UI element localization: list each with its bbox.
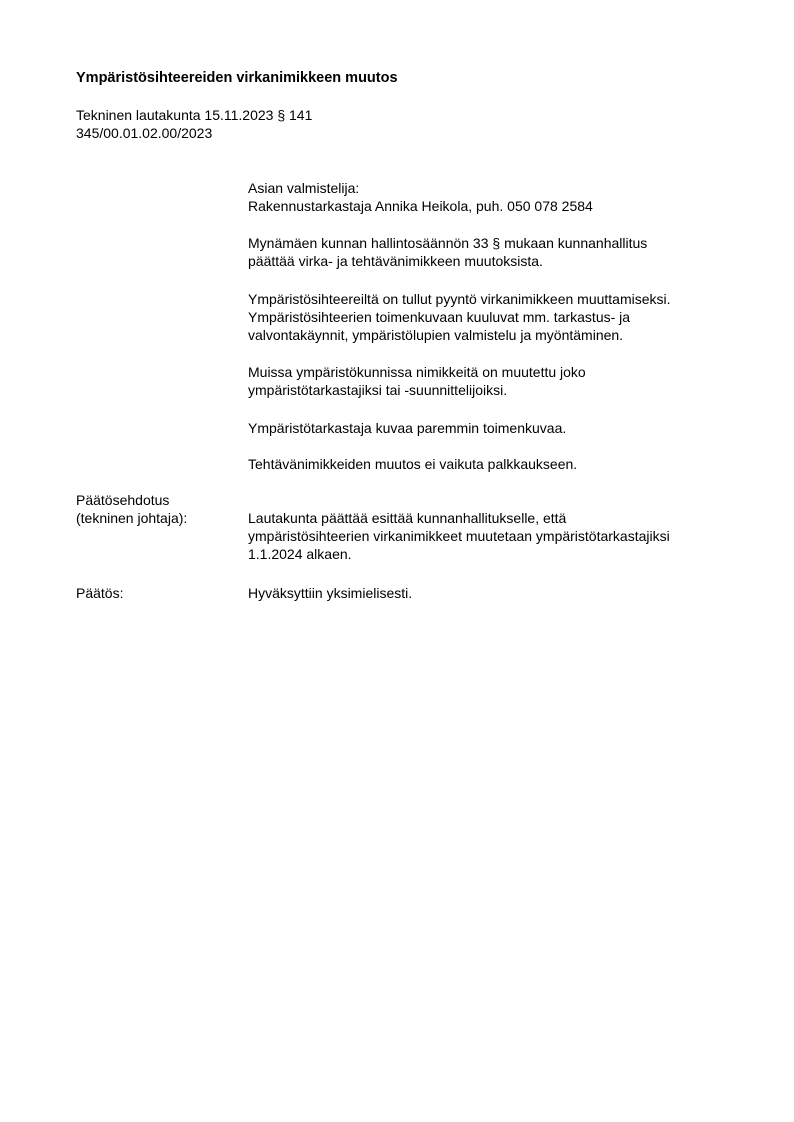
proposal-line: 1.1.2024 alkaen. xyxy=(248,545,670,563)
proposal-line: ympäristösihteerien virkanimikkeet muute… xyxy=(248,527,670,545)
paragraph-line: valvontakäynnit, ympäristölupien valmist… xyxy=(248,326,671,344)
proposal-label-line: Päätösehdotus xyxy=(76,491,187,509)
paragraph-line: Ympäristösihteerien toimenkuvaan kuuluva… xyxy=(248,308,671,326)
meeting-reference: Tekninen lautakunta 15.11.2023 § 141 xyxy=(76,106,312,124)
paragraph-3: Muissa ympäristökunnissa nimikkeitä on m… xyxy=(248,363,586,399)
paragraph-5: Tehtävänimikkeiden muutos ei vaikuta pal… xyxy=(248,455,577,473)
paragraph-line: päättää virka- ja tehtävänimikkeen muuto… xyxy=(248,252,647,270)
paragraph-line: Mynämäen kunnan hallintosäännön 33 § muk… xyxy=(248,234,647,252)
proposal-text: Lautakunta päättää esittää kunnanhallitu… xyxy=(248,509,670,563)
preparer-value: Rakennustarkastaja Annika Heikola, puh. … xyxy=(248,197,593,215)
paragraph-line: Tehtävänimikkeiden muutos ei vaikuta pal… xyxy=(248,455,577,473)
paragraph-1: Mynämäen kunnan hallintosäännön 33 § muk… xyxy=(248,234,647,270)
document-title: Ympäristösihteereiden virkanimikkeen muu… xyxy=(76,69,398,87)
record-number: 345/00.01.02.00/2023 xyxy=(76,124,212,142)
paragraph-4: Ympäristötarkastaja kuvaa paremmin toime… xyxy=(248,419,566,437)
paragraph-2: Ympäristösihteereiltä on tullut pyyntö v… xyxy=(248,290,671,344)
paragraph-line: Muissa ympäristökunnissa nimikkeitä on m… xyxy=(248,363,586,381)
decision-value: Hyväksyttiin yksimielisesti. xyxy=(248,584,412,602)
proposal-label: Päätösehdotus (tekninen johtaja): xyxy=(76,491,187,527)
decision-label: Päätös: xyxy=(76,584,123,602)
paragraph-line: Ympäristötarkastaja kuvaa paremmin toime… xyxy=(248,419,566,437)
proposal-line: Lautakunta päättää esittää kunnanhallitu… xyxy=(248,509,670,527)
proposal-label-line: (tekninen johtaja): xyxy=(76,509,187,527)
preparer-label: Asian valmistelija: xyxy=(248,179,359,197)
paragraph-line: ympäristötarkastajiksi tai -suunnittelij… xyxy=(248,381,586,399)
paragraph-line: Ympäristösihteereiltä on tullut pyyntö v… xyxy=(248,290,671,308)
